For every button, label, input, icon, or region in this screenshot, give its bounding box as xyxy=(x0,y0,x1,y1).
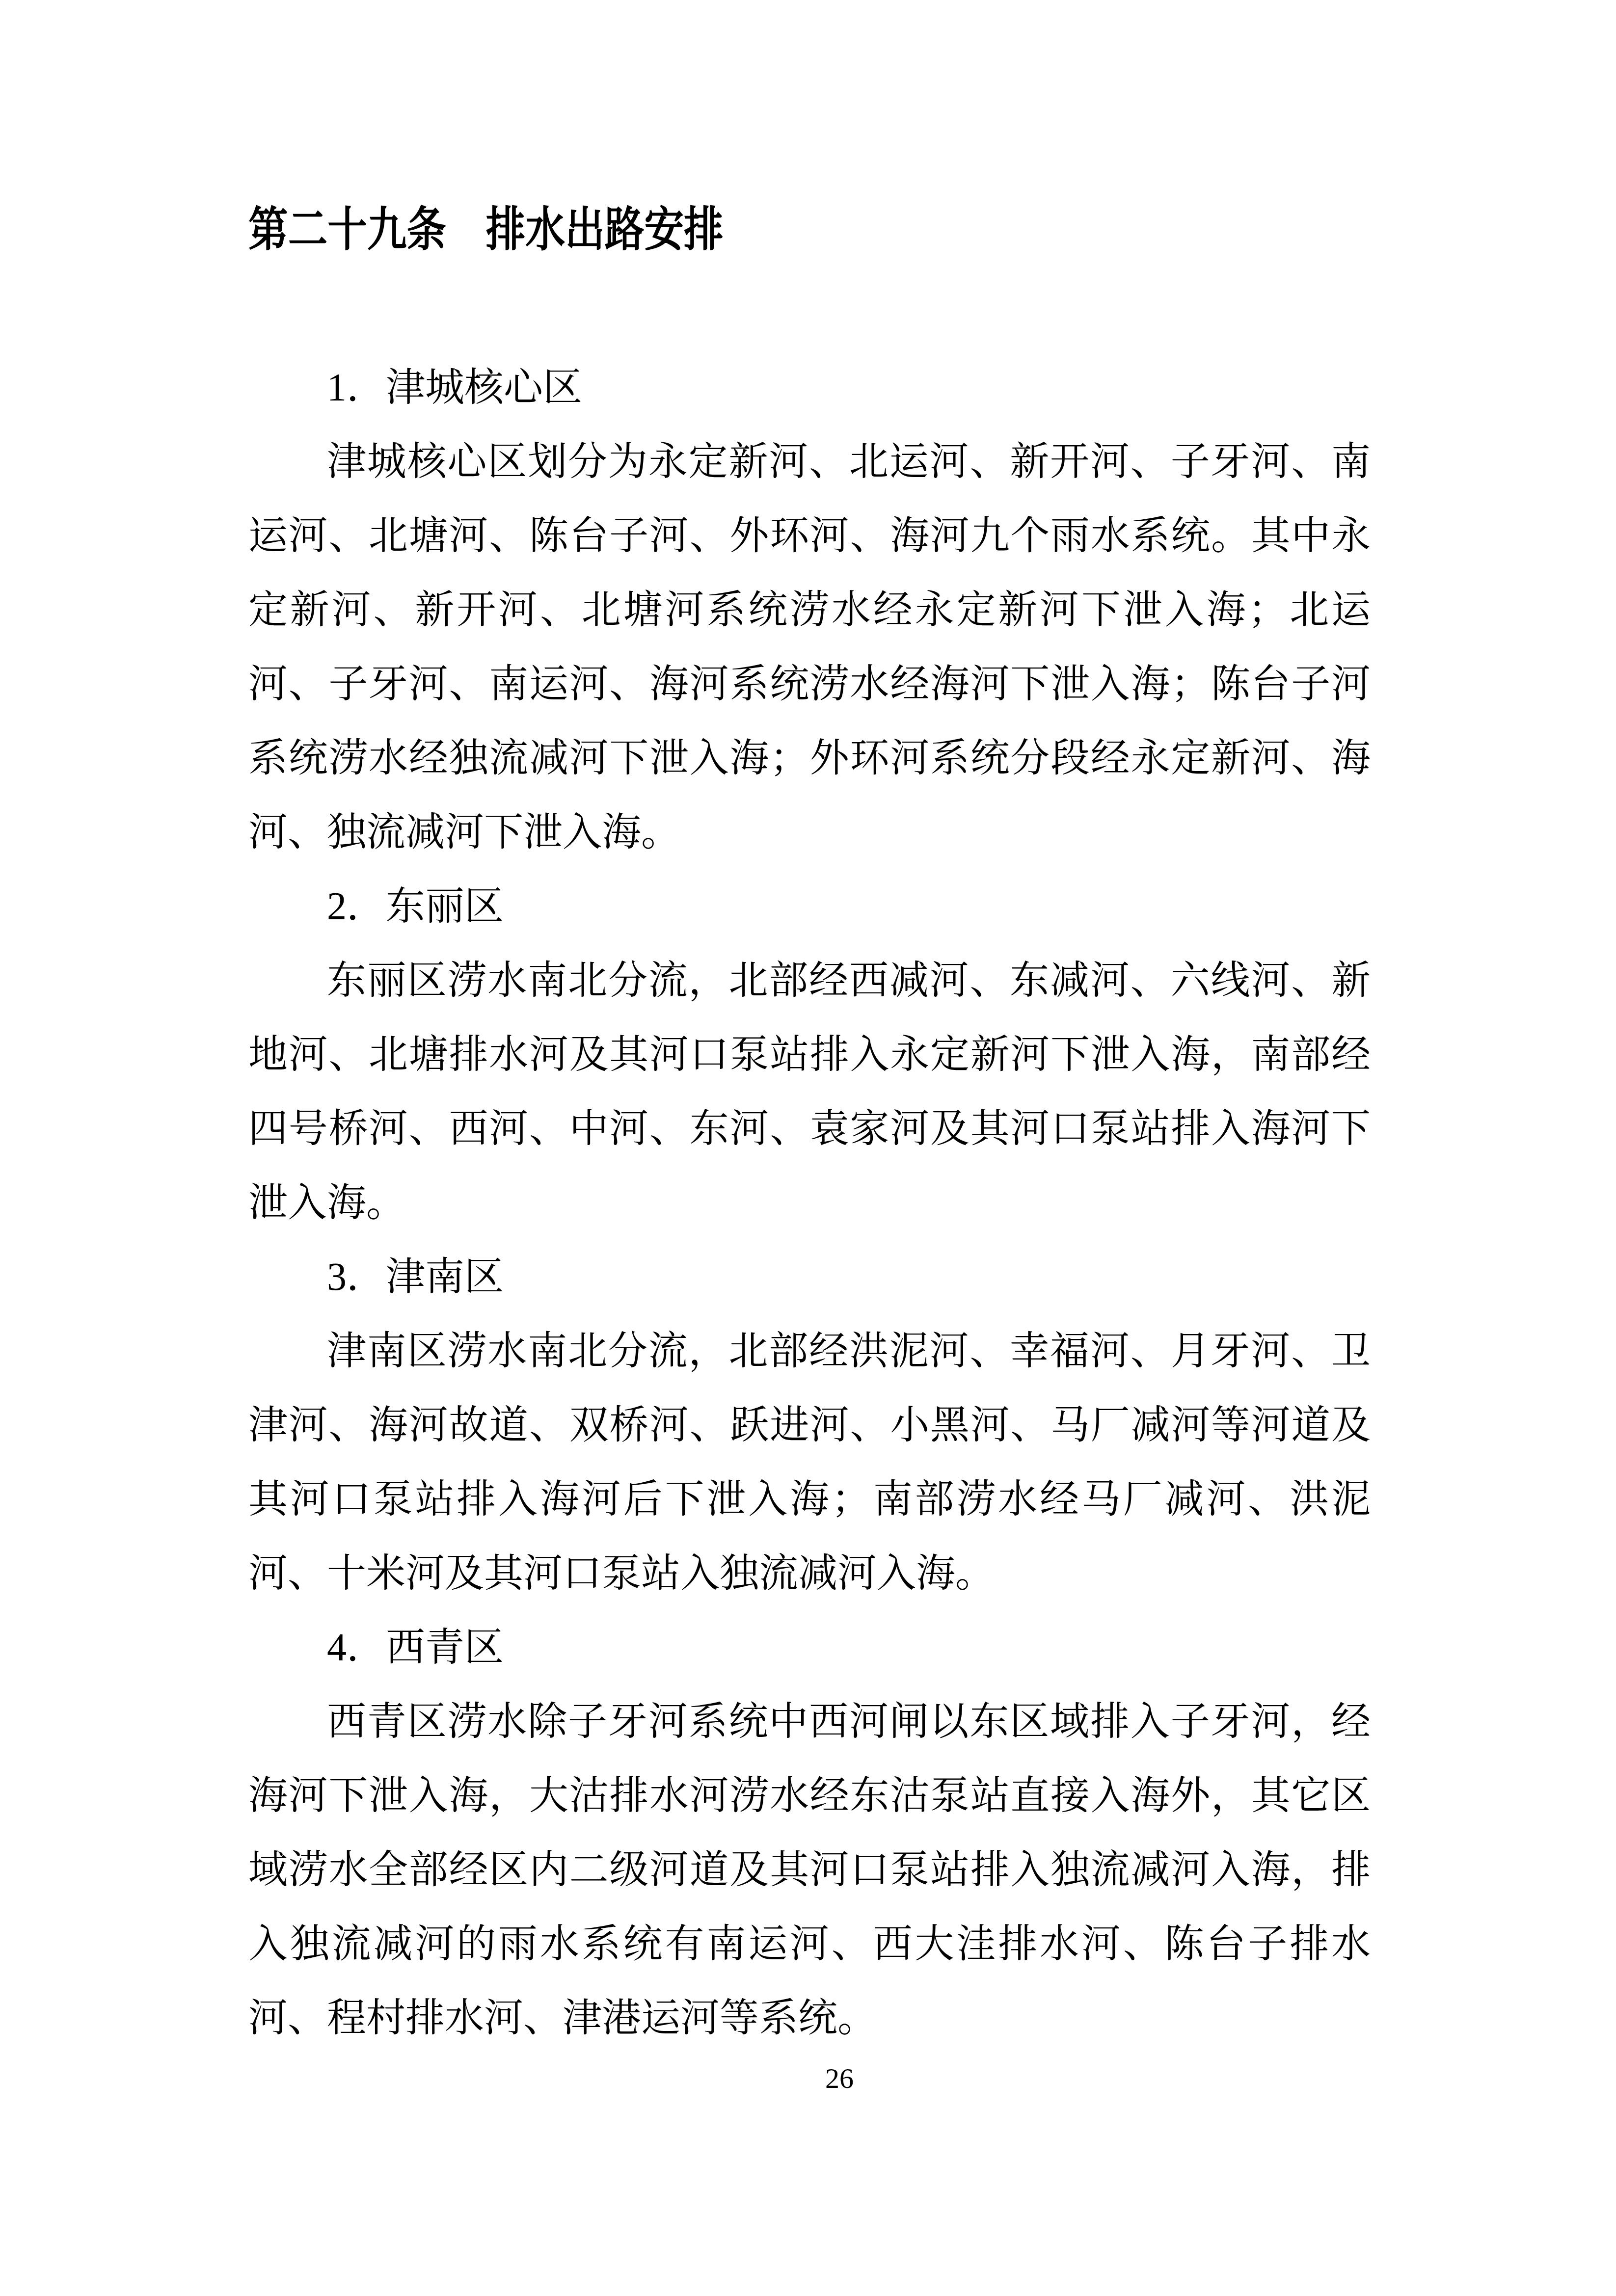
section-1-paragraph: 津城核心区划分为永定新河、北运河、新开河、子牙河、南运河、北塘河、陈台子河、外环… xyxy=(248,425,1371,870)
section-3-heading: 3．津南区 xyxy=(248,1240,1371,1314)
section-4-paragraph: 西青区涝水除子牙河系统中西河闸以东区域排入子牙河，经海河下泄入海，大沽排水河涝水… xyxy=(248,1685,1371,2056)
section-2-heading: 2．东丽区 xyxy=(248,870,1371,944)
section-2-paragraph: 东丽区涝水南北分流，北部经西减河、东减河、六线河、新地河、北塘排水河及其河口泵站… xyxy=(248,944,1371,1240)
section-2: 2．东丽区 东丽区涝水南北分流，北部经西减河、东减河、六线河、新地河、北塘排水河… xyxy=(248,870,1371,1240)
section-3: 3．津南区 津南区涝水南北分流，北部经洪泥河、幸福河、月牙河、卫津河、海河故道、… xyxy=(248,1240,1371,1611)
section-4: 4．西青区 西青区涝水除子牙河系统中西河闸以东区域排入子牙河，经海河下泄入海，大… xyxy=(248,1611,1371,2056)
document-page: 第二十九条 排水出路安排 1．津城核心区 津城核心区划分为永定新河、北运河、新开… xyxy=(0,0,1616,2296)
section-1: 1．津城核心区 津城核心区划分为永定新河、北运河、新开河、子牙河、南运河、北塘河… xyxy=(248,351,1371,870)
page-content: 第二十九条 排水出路安排 1．津城核心区 津城核心区划分为永定新河、北运河、新开… xyxy=(248,192,1371,2056)
section-3-paragraph: 津南区涝水南北分流，北部经洪泥河、幸福河、月牙河、卫津河、海河故道、双桥河、跃进… xyxy=(248,1314,1371,1611)
page-number: 26 xyxy=(0,2061,1616,2096)
section-4-heading: 4．西青区 xyxy=(248,1611,1371,1685)
article-title: 第二十九条 排水出路安排 xyxy=(248,192,1191,267)
section-1-heading: 1．津城核心区 xyxy=(248,351,1371,425)
